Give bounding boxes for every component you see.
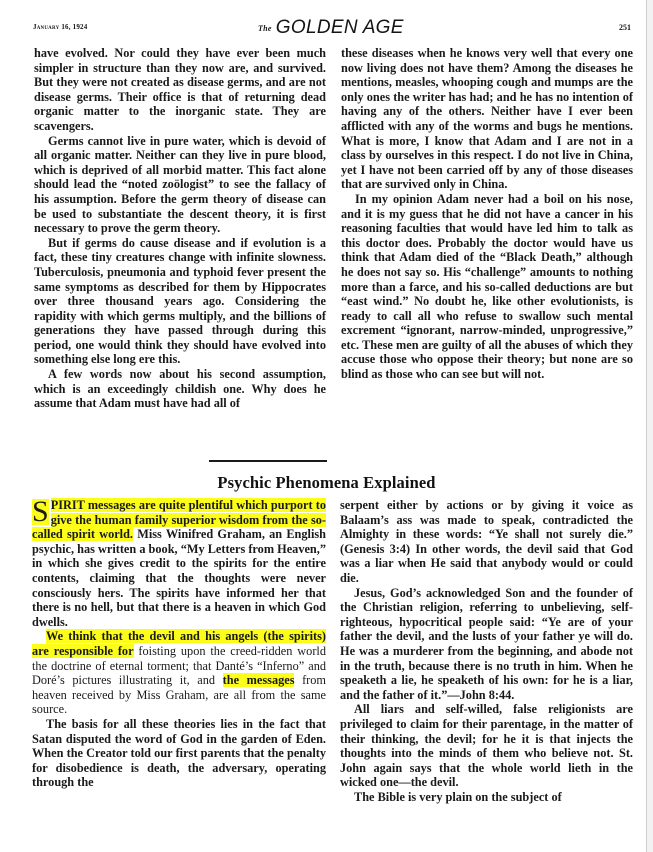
paragraph: these diseases when he knows very well t… <box>341 46 633 192</box>
paragraph: We think that the devil and his angels (… <box>32 629 326 717</box>
paragraph: The Bible is very plain on the subject o… <box>340 790 633 805</box>
section-left-column: SPIRIT messages are quite plentiful whic… <box>32 498 326 790</box>
paragraph: Jesus, God’s acknowledged Son and the fo… <box>340 586 633 703</box>
continued-article-right-column: these diseases when he knows very well t… <box>341 46 633 382</box>
paragraph: A few words now about his second assumpt… <box>34 367 326 411</box>
paragraph: In my opinion Adam never had a boil on h… <box>341 192 633 382</box>
section-title: Psychic Phenomena Explained <box>0 473 653 493</box>
viewer-right-edge <box>646 0 653 852</box>
paragraph: But if germs do cause disease and if evo… <box>34 236 326 367</box>
running-head: January 16, 1924 TheGOLDEN AGE 251 <box>0 17 646 41</box>
highlighted-text: the messages <box>223 673 295 687</box>
publication-title-the: The <box>258 24 272 33</box>
issue-date: January 16, 1924 <box>33 23 87 31</box>
publication-title: TheGOLDEN AGE <box>258 17 404 39</box>
paragraph: serpent either by actions or by giving i… <box>340 498 633 586</box>
section-divider-rule <box>209 460 327 462</box>
paragraph: All liars and self-willed, false religio… <box>340 702 633 790</box>
page-number: 251 <box>619 23 631 32</box>
section-right-column: serpent either by actions or by giving i… <box>340 498 633 804</box>
paragraph: have evolved. Nor could they have ever b… <box>34 46 326 134</box>
publication-title-main: GOLDEN AGE <box>276 17 404 38</box>
opening-paragraph: SPIRIT messages are quite plentiful whic… <box>32 498 326 629</box>
paragraph: The basis for all these theories lies in… <box>32 717 326 790</box>
scanned-magazine-page: January 16, 1924 TheGOLDEN AGE 251 have … <box>0 0 653 852</box>
paragraph: Germs cannot live in pure water, which i… <box>34 134 326 236</box>
drop-cap: S <box>32 499 49 525</box>
continued-article-left-column: have evolved. Nor could they have ever b… <box>34 46 326 411</box>
paragraph-text: Miss Winifred Graham, an English psychic… <box>32 527 326 629</box>
